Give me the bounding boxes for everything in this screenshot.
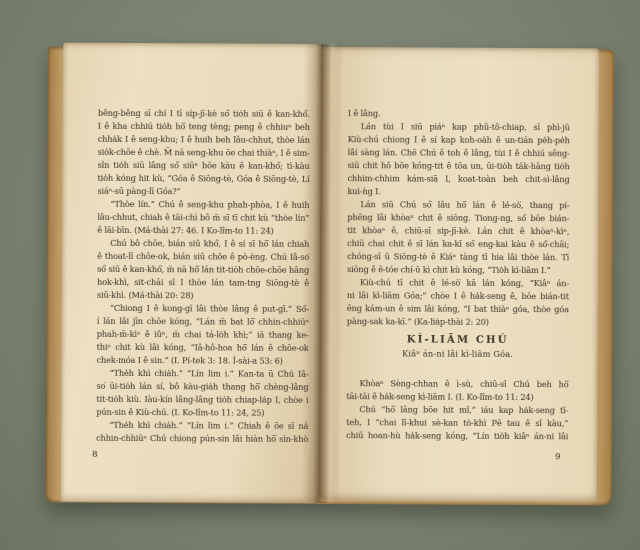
left-page: bêng-bêng sī chí I tī si̍p-jī-kè só͘ tio… bbox=[61, 43, 321, 503]
text-line: Lán tùi I siū piáⁿ kap phû-tô-chiap, sī … bbox=[348, 120, 570, 134]
text-line: so͘ ūi-tio̍h lán sí, bô kàu-gia̍h thang … bbox=[96, 380, 308, 394]
text-line: lâu-chhut, chiah ê tāi-chì bô m̄ sī tī c… bbox=[97, 211, 309, 225]
text-line: tio̍h kóng hit kù, “Góa ê Siōng-tè, Góa … bbox=[97, 172, 309, 186]
text-line: sîn tio̍h siū lâng só͘ siūⁿ bōe kàu ê ka… bbox=[98, 159, 310, 173]
text-line: ēng kám-un ê sim lâi kóng, “I bat thiàⁿ … bbox=[347, 302, 569, 316]
text-line: thiⁿ chit kù lâi kóng, “Iâ-hô-hoa hō͘ lá… bbox=[97, 341, 309, 355]
text-line: I ê lâng. bbox=[348, 107, 570, 121]
text-line: siáⁿ-sū pàng-lī Góa?” bbox=[97, 185, 309, 199]
text-line: tit-tio̍h kiù. Iàu-kín lâng-lâng tio̍h c… bbox=[96, 393, 308, 407]
text-line: teh, I “chai lī-khui sè-kan tò-khì Pē ta… bbox=[346, 416, 568, 430]
text-line: í lán lâi jīn chōe kóng, “Lán m̄ bat lō͘… bbox=[97, 315, 309, 329]
right-page-number: 9 bbox=[555, 452, 560, 462]
text-line: “The̍h khì chia̍h.” “Lín lim i.” Chiah ê… bbox=[96, 419, 308, 433]
section-heading: KÌ-LIĀM CHÚ bbox=[347, 334, 569, 347]
text-line: pàng-sak ka-kī.” (Ka-lia̍p-thài 2: 20) bbox=[347, 315, 569, 329]
section-subtitle: Kiâⁿ án-ni lâi kì-liām Góa. bbox=[347, 348, 569, 360]
text-line: pún-sin ê Kiù-chú. (I. Ko-lîm-to 11: 24,… bbox=[96, 406, 308, 420]
text-line: hok-khì, sit-chāi sī I thòe lán tam-tng … bbox=[97, 276, 309, 290]
right-page-text: I ê lâng.Lán tùi I siū piáⁿ kap phû-tô-c… bbox=[346, 107, 570, 443]
text-line: sio̍k-chōe ê chè. M̄ nā seng-khu ōe chai… bbox=[98, 146, 310, 160]
right-page: I ê lâng.Lán tùi I siū piáⁿ kap phû-tô-c… bbox=[319, 47, 599, 501]
left-page-text: bêng-bêng sī chí I tī si̍p-jī-kè só͘ tio… bbox=[96, 107, 310, 446]
text-line: “Chiong I ê kong-gī lâi thòe lâng ê put-… bbox=[97, 302, 309, 316]
text-line: “The̍h khì chia̍h.” “Lín lim i.” Kan-ta … bbox=[96, 367, 308, 381]
text-line: ê lāi-bīn. (Má-thài 27: 46. I Ko-lîm-to … bbox=[97, 224, 309, 238]
text-line: kui-ǹg I. bbox=[347, 185, 569, 199]
photo-of-open-book: bêng-bêng sī chí I tī si̍p-jī-kè só͘ tio… bbox=[0, 0, 640, 550]
right-page-upper-text: I ê lâng.Lán tùi I siū piáⁿ kap phû-tô-c… bbox=[347, 107, 570, 329]
text-line: chhim-chhim kám-siā I, koat-toàn beh chi… bbox=[347, 172, 569, 186]
text-line: “Thòe lín.” Chú ê seng-khu phah-phòa, I … bbox=[97, 198, 309, 212]
text-line: Khòaⁿ Sèng-chhan ê ì-sù, chiū-sī Chú beh… bbox=[346, 377, 568, 391]
text-line: lâi sàng lán. Chē Chú ê toh ê lâng, tùi … bbox=[348, 146, 570, 160]
text-line: Lán siū Chú só͘ lâu hō͘ lán ê lé-sò͘, th… bbox=[347, 198, 569, 212]
text-line: siū chit hō bōe kóng-tit ê tōa un, ūi-ti… bbox=[348, 159, 570, 173]
text-line: só͘ siū ê kan-khó͘, m̄ nā hō͘ lán tit-ti… bbox=[97, 263, 309, 277]
text-line: chiū hoan-hù ha̍k-seng kóng, “Lín tio̍h … bbox=[346, 429, 568, 443]
text-line: Kiù-chú tī chit ê lé-sò͘ kā lán kóng, “K… bbox=[347, 276, 569, 290]
text-line: ê thoat-lī chōe-ok, bián siū chōe ê pò-è… bbox=[97, 250, 309, 264]
left-page-number: 8 bbox=[92, 450, 97, 460]
open-book: bêng-bêng sī chí I tī si̍p-jī-kè só͘ tio… bbox=[45, 41, 617, 510]
text-line: ni lâi kì-liām Góa;” chòe I ê ha̍k-seng … bbox=[347, 289, 569, 303]
text-line: chek-móa I ê sin.” (I. Pí-tek 3: 18. Í-s… bbox=[97, 354, 309, 368]
text-line: siū-khì. (Má-thài 20: 28) bbox=[97, 289, 309, 303]
text-line: bêng-bêng sī chí I tī si̍p-jī-kè só͘ tio… bbox=[98, 107, 310, 121]
text-line: siōng ê ē-tóe chí-ū kì chit kù kóng, “Ti… bbox=[347, 263, 569, 277]
text-line: Kiù-chú chiong I ê sí kap koh-oa̍h ê un-… bbox=[348, 133, 570, 147]
right-page-lower-text: Khòaⁿ Sèng-chhan ê ì-sù, chiū-sī Chú beh… bbox=[346, 377, 568, 443]
text-line: chha̍k I ê seng-khu; I ê huih beh lâu-ch… bbox=[98, 133, 310, 147]
text-line: phēng lâi khòaⁿ chit ê siōng. Tiong-ng, … bbox=[347, 211, 569, 225]
text-line: phah-m̄-kìⁿ ê iûⁿ, m̄ chai tá-lo̍h khì;”… bbox=[97, 328, 309, 342]
text-line: chhin-chhiūⁿ Chú chiong pún-sin lâi hiàn… bbox=[96, 432, 308, 446]
text-line: tit khòaⁿ ê, chiū-sī si̍p-jī-kè. Lán chi… bbox=[347, 224, 569, 238]
text-line: Chú bô chōe, bián siū khó͘, I ê sí sī hō… bbox=[97, 237, 309, 251]
text-line: I ê kha chhiú tio̍h hō͘ teng tèng; peng … bbox=[98, 120, 310, 134]
text-line: tāi-tāi ê ha̍k-seng kì-liām I. (I. Ko-lî… bbox=[346, 390, 568, 404]
text-line: chóng-sī ū Siōng-tè ê Kiáⁿ tàng tī hia l… bbox=[347, 250, 569, 264]
text-line: chiū chai chit ê sī lán ka-kī só͘ eng-ka… bbox=[347, 237, 569, 251]
text-line: Chú “hō͘ lâng bōe hit mî,” iáu kap ha̍k-… bbox=[346, 403, 568, 417]
